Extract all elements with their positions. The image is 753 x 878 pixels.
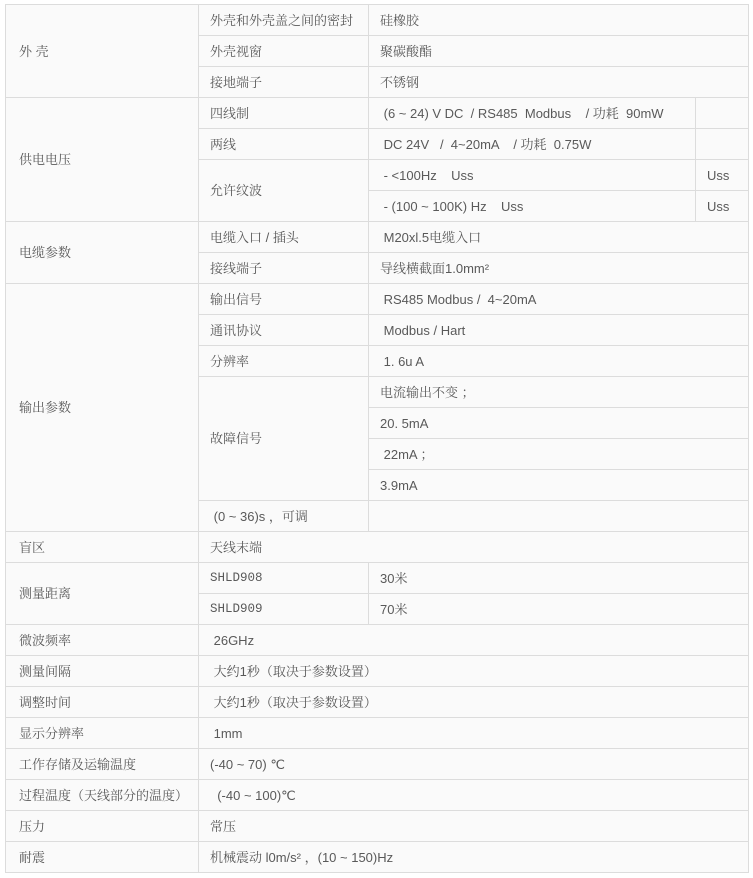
spec-label-cell: 外壳视窗 xyxy=(199,36,369,67)
spec-label-cell: (0 ~ 36)s ，可调 xyxy=(199,501,369,532)
spec-category-cell: 微波频率 xyxy=(6,625,199,656)
spec-value-cell: 30米 xyxy=(369,563,749,594)
spec-label-cell: 四线制 xyxy=(199,98,369,129)
spec-label-cell: 通讯协议 xyxy=(199,315,369,346)
spec-category-cell: 耐震 xyxy=(6,842,199,873)
spec-value-cell: Uss xyxy=(696,191,749,222)
spec-label-cell: 接线端子 xyxy=(199,253,369,284)
spec-label-cell: 两线 xyxy=(199,129,369,160)
spec-value-cell: Uss xyxy=(696,160,749,191)
spec-category-cell: 外 壳 xyxy=(6,5,199,98)
spec-category-cell: 电缆参数 xyxy=(6,222,199,284)
spec-value-cell: - <100Hz Uss xyxy=(369,160,696,191)
table-row: 微波频率 26GHz xyxy=(6,625,749,656)
spec-value-cell: 常压 xyxy=(199,811,749,842)
table-row: 供电电压 四线制 (6 ~ 24) V DC / RS485 Modbus / … xyxy=(6,98,749,129)
spec-label-cell: 接地端子 xyxy=(199,67,369,98)
spec-value-cell: 大约1秒（取决于参数设置） xyxy=(199,656,749,687)
spec-category-cell: 测量距离 xyxy=(6,563,199,625)
spec-label-cell: 电缆入口 / 插头 xyxy=(199,222,369,253)
spec-category-cell: 压力 xyxy=(6,811,199,842)
spec-value-cell: 天线末端 xyxy=(199,532,749,563)
spec-empty-cell xyxy=(696,98,749,129)
spec-value-cell: 电流输出不变 ； xyxy=(369,377,749,408)
spec-value-cell xyxy=(369,501,749,532)
spec-value-cell: 聚碳酸酯 xyxy=(369,36,749,67)
spec-value-cell: (-40 ~ 100)℃ xyxy=(199,780,749,811)
spec-category-cell: 输出参数 xyxy=(6,284,199,532)
spec-value-cell: 1mm xyxy=(199,718,749,749)
spec-value-cell: 70米 xyxy=(369,594,749,625)
table-row: 外 壳 外壳和外壳盖之间的密封 硅橡胶 xyxy=(6,5,749,36)
spec-value-cell: 硅橡胶 xyxy=(369,5,749,36)
spec-category-cell: 工作存储及运输温度 xyxy=(6,749,199,780)
spec-category-cell: 测量间隔 xyxy=(6,656,199,687)
spec-category-cell: 过程温度（天线部分的温度） xyxy=(6,780,199,811)
spec-value-cell: 22mA ； xyxy=(369,439,749,470)
spec-label-cell: 输出信号 xyxy=(199,284,369,315)
table-row: 耐震 机械震动 l0m/s² ，(10 ~ 150)Hz xyxy=(6,842,749,873)
table-row: 输出参数 输出信号 RS485 Modbus / 4~20mA xyxy=(6,284,749,315)
spec-value-cell: - (100 ~ 100K) Hz Uss xyxy=(369,191,696,222)
spec-value-cell: 1. 6u A xyxy=(369,346,749,377)
spec-value-cell: 大约1秒（取决于参数设置） xyxy=(199,687,749,718)
table-row: 压力 常压 xyxy=(6,811,749,842)
spec-label-cell: 分辨率 xyxy=(199,346,369,377)
table-row: 盲区 天线末端 xyxy=(6,532,749,563)
spec-value-cell: 导线横截面1.0mm² xyxy=(369,253,749,284)
spec-label-cell: 故障信号 xyxy=(199,377,369,501)
spec-category-cell: 显示分辨率 xyxy=(6,718,199,749)
spec-value-cell: 机械震动 l0m/s² ，(10 ~ 150)Hz xyxy=(199,842,749,873)
table-row: 电缆参数 电缆入口 / 插头 M20xl.5电缆入口 xyxy=(6,222,749,253)
spec-value-cell: 26GHz xyxy=(199,625,749,656)
table-row: 过程温度（天线部分的温度） (-40 ~ 100)℃ xyxy=(6,780,749,811)
spec-value-cell: 20. 5mA xyxy=(369,408,749,439)
spec-value-cell: (6 ~ 24) V DC / RS485 Modbus / 功耗 90mW xyxy=(369,98,696,129)
spec-value-cell: 3.9mA xyxy=(369,470,749,501)
spec-label-cell: SHLD908 xyxy=(199,563,369,594)
table-row: 工作存储及运输温度 (-40 ~ 70) ℃ xyxy=(6,749,749,780)
spec-value-cell: M20xl.5电缆入口 xyxy=(369,222,749,253)
spec-label-cell: SHLD909 xyxy=(199,594,369,625)
spec-table: 外 壳 外壳和外壳盖之间的密封 硅橡胶 外壳视窗 聚碳酸酯 接地端子 不锈钢 供… xyxy=(5,4,749,873)
table-row: 测量距离 SHLD908 30米 xyxy=(6,563,749,594)
table-row: 调整时间 大约1秒（取决于参数设置） xyxy=(6,687,749,718)
spec-value-cell: 不锈钢 xyxy=(369,67,749,98)
spec-label-cell: 允许纹波 xyxy=(199,160,369,222)
spec-category-cell: 盲区 xyxy=(6,532,199,563)
spec-value-cell: DC 24V / 4~20mA / 功耗 0.75W xyxy=(369,129,696,160)
table-row: 显示分辨率 1mm xyxy=(6,718,749,749)
spec-category-cell: 调整时间 xyxy=(6,687,199,718)
table-row: 测量间隔 大约1秒（取决于参数设置） xyxy=(6,656,749,687)
spec-value-cell: RS485 Modbus / 4~20mA xyxy=(369,284,749,315)
spec-value-cell: Modbus / Hart xyxy=(369,315,749,346)
spec-label-cell: 外壳和外壳盖之间的密封 xyxy=(199,5,369,36)
spec-value-cell: (-40 ~ 70) ℃ xyxy=(199,749,749,780)
spec-category-cell: 供电电压 xyxy=(6,98,199,222)
spec-empty-cell xyxy=(696,129,749,160)
